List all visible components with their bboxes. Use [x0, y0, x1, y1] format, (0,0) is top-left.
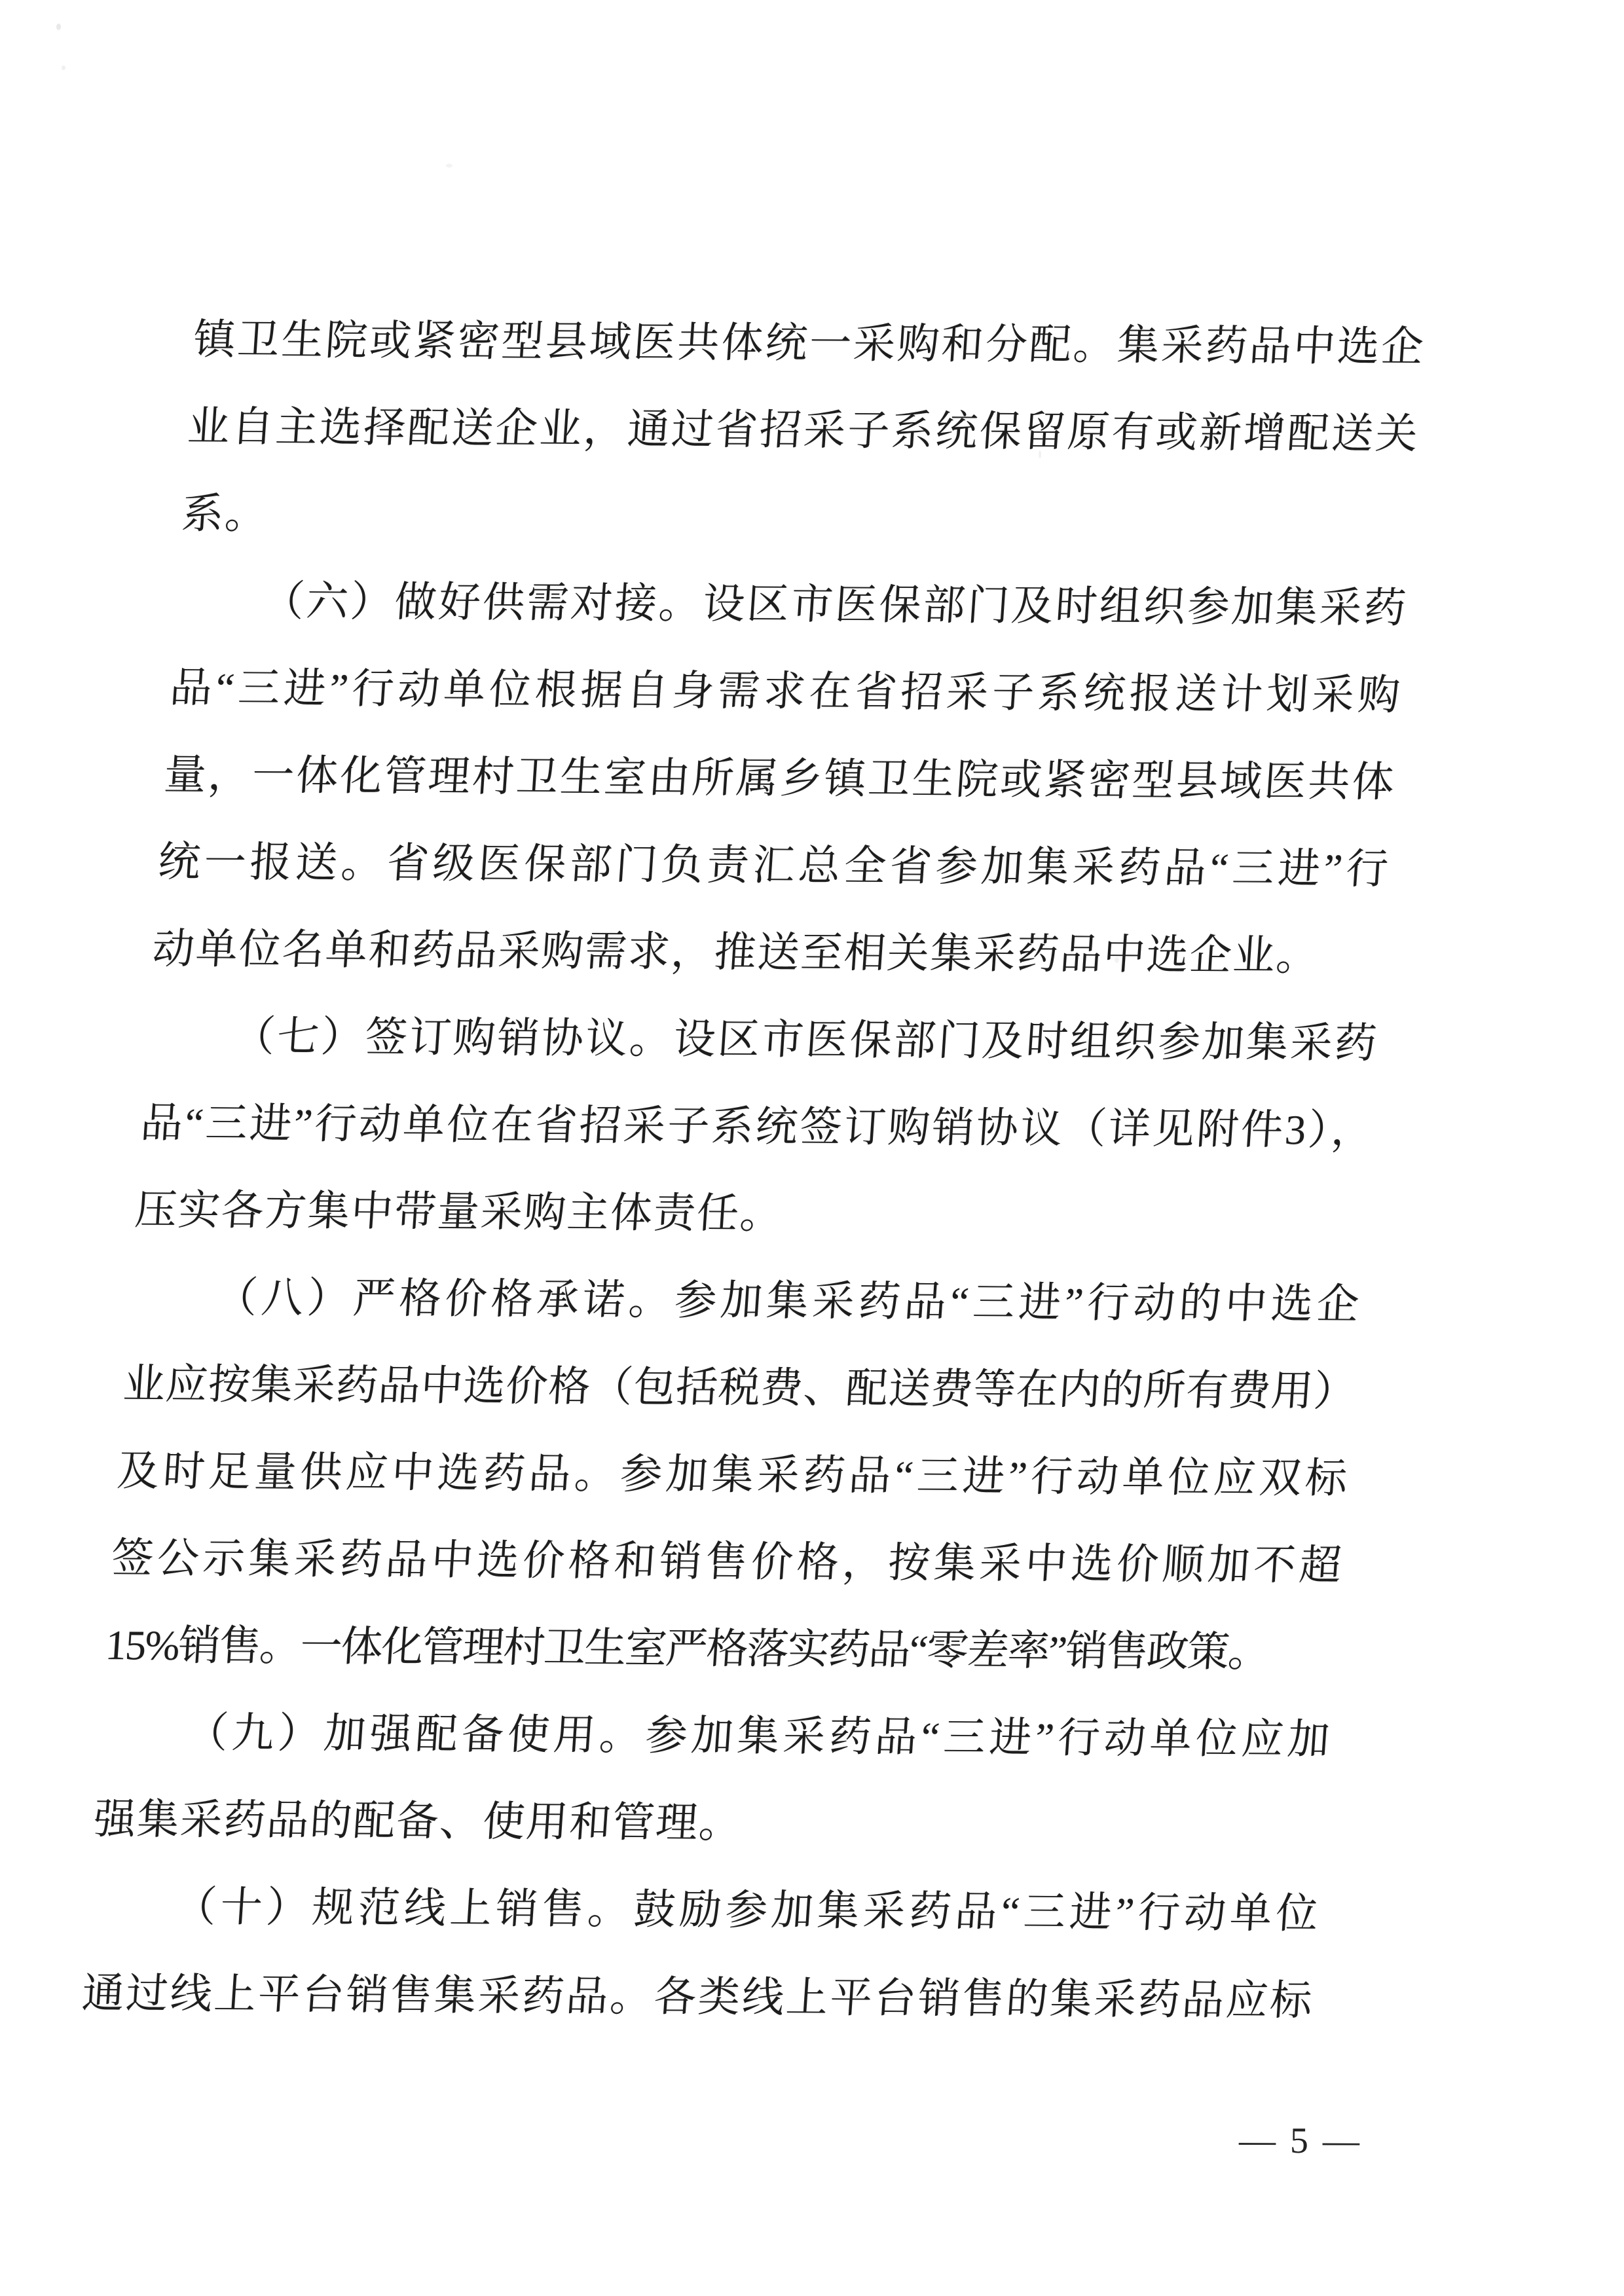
text-line: （九）加强配备使用。参加集采药品“三进”行动单位应加 — [97, 1688, 1334, 1783]
text-line: 强集采药品的配备、使用和管理。 — [91, 1776, 1328, 1870]
scan-artifact — [62, 65, 65, 70]
scan-artifact — [446, 164, 452, 168]
text-line: （十）规范线上销售。鼓励参加集采药品“三进”行动单位 — [85, 1863, 1322, 1957]
text-line: 及时足量供应中选药品。参加集采药品“三进”行动单位应双标 — [115, 1427, 1352, 1522]
text-line: 动单位名单和药品采购需求，推送至相关集采药品中选企业。 — [149, 905, 1386, 1000]
text-line: 品“三进”行动单位在省招采子系统签订购销协议（详见附件3）， — [138, 1080, 1375, 1174]
text-line: （八）严格价格承诺。参加集采药品“三进”行动的中选企 — [126, 1253, 1363, 1347]
text-line: 压实各方集中带量采购主体责任。 — [132, 1166, 1369, 1260]
text-line: 镇卫生院或紧密型县域医共体统一采购和分配。集采药品中选企 — [191, 296, 1428, 390]
page-number: — 5 — — [1215, 2120, 1386, 2162]
scan-artifact — [1115, 957, 1119, 963]
text-line: 签公示集采药品中选价格和销售价格，按集采中选价顺加不超 — [109, 1514, 1346, 1609]
text-line: 通过线上平台销售集采药品。各类线上平台销售的集采药品应标 — [79, 1950, 1316, 2044]
text-line: 业自主选择配送企业，通过省招采子系统保留原有或新增配送关 — [185, 383, 1422, 477]
body-text: 镇卫生院或紧密型县域医共体统一采购和分配。集采药品中选企 业自主选择配送企业，通… — [79, 296, 1428, 2044]
text-line: （六）做好供需对接。设区市医保部门及时组织参加集采药 — [173, 557, 1410, 651]
text-line: 品“三进”行动单位根据自身需求在省招采子系统报送计划采购 — [167, 644, 1404, 738]
text-line: 统一报送。省级医保部门负责汇总全省参加集采药品“三进”行 — [155, 818, 1392, 913]
text-line: 系。 — [179, 470, 1416, 564]
scan-artifact — [1039, 450, 1041, 458]
scan-artifact — [56, 24, 61, 30]
text-line: （七）签订购销协议。设区市医保部门及时组织参加集采药 — [143, 993, 1380, 1087]
document-page: 镇卫生院或紧密型县域医共体统一采购和分配。集采药品中选企 业自主选择配送企业，通… — [0, 0, 1624, 2296]
text-line: 15%销售。一体化管理村卫生室严格落实药品“零差率”销售政策。 — [103, 1601, 1340, 1696]
text-line: 量，一体化管理村卫生室由所属乡镇卫生院或紧密型县域医共体 — [161, 731, 1398, 826]
text-line: 业应按集采药品中选价格（包括税费、配送费等在内的所有费用） — [120, 1340, 1357, 1434]
